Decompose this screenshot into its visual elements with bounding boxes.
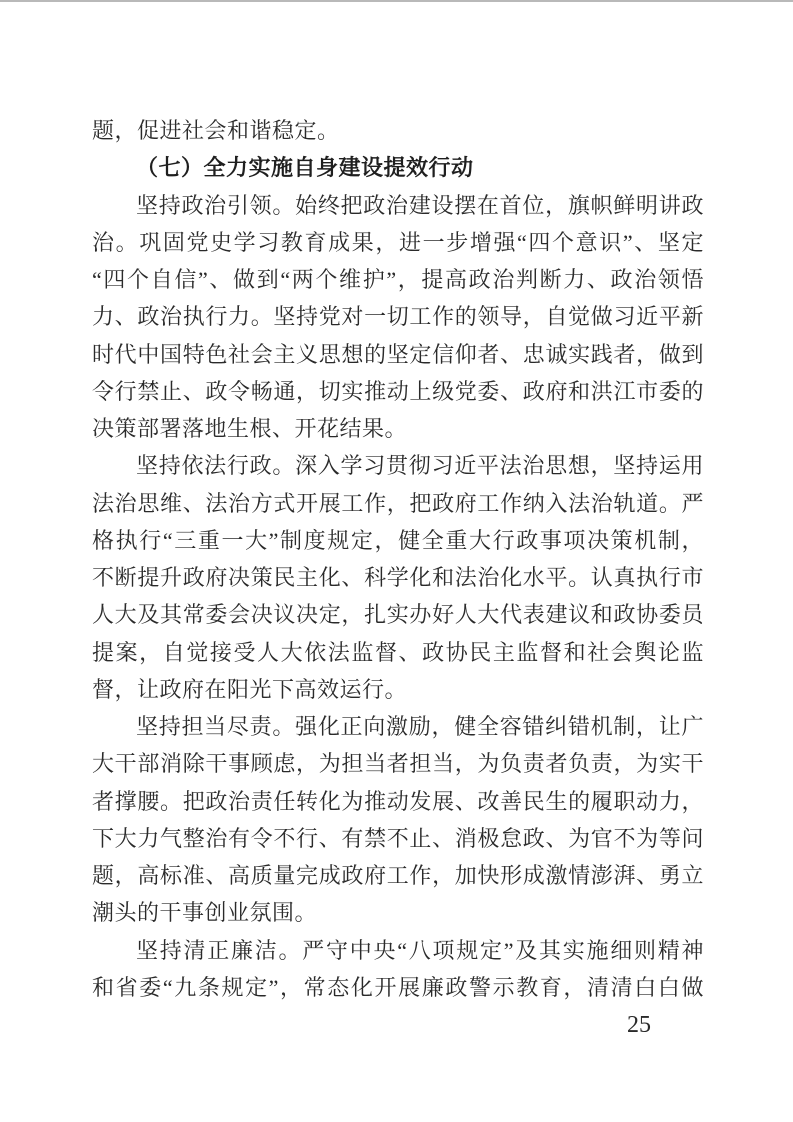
document-page: 题，促进社会和谐稳定。 （七）全力实施自身建设提效行动 坚持政治引领。始终把政治… (0, 0, 793, 1122)
section-heading: （七）全力实施自身建设提效行动 (92, 149, 704, 186)
text-line: “四个自信”、做到“两个维护”，提高政治判断力、政治领悟 (92, 261, 704, 298)
text-line: 治。巩固党史学习教育成果，进一步增强“四个意识”、坚定 (92, 224, 704, 261)
text-line: 坚持依法行政。深入学习贯彻习近平法治思想，坚持运用 (92, 447, 704, 484)
text-line: 令行禁止、政令畅通，切实推动上级党委、政府和洪江市委的 (92, 373, 704, 410)
page-text: 题，促进社会和谐稳定。 （七）全力实施自身建设提效行动 坚持政治引领。始终把政治… (92, 112, 704, 1006)
text-line: 坚持清正廉洁。严守中央“八项规定”及其实施细则精神 (92, 932, 704, 969)
text-line: 提案，自觉接受人大依法监督、政协民主监督和社会舆论监 (92, 634, 704, 671)
text-line: 题，促进社会和谐稳定。 (92, 112, 704, 149)
scan-edge-line (0, 0, 793, 2)
text-line: 者撑腰。把政治责任转化为推动发展、改善民生的履职动力， (92, 783, 704, 820)
text-line: 坚持政治引领。始终把政治建设摆在首位，旗帜鲜明讲政 (92, 187, 704, 224)
text-line: 下大力气整治有令不行、有禁不止、消极怠政、为官不为等问 (92, 820, 704, 857)
text-line: 格执行“三重一大”制度规定，健全重大行政事项决策机制， (92, 522, 704, 559)
text-line: 题，高标准、高质量完成政府工作，加快形成激情澎湃、勇立 (92, 857, 704, 894)
page-number: 25 (603, 1012, 675, 1039)
text-line: 法治思维、法治方式开展工作，把政府工作纳入法治轨道。严 (92, 485, 704, 522)
text-line: 人大及其常委会决议决定，扎实办好人大代表建议和政协委员 (92, 596, 704, 633)
text-line: 督，让政府在阳光下高效运行。 (92, 671, 704, 708)
text-line: 坚持担当尽责。强化正向激励，健全容错纠错机制，让广 (92, 708, 704, 745)
text-line: 大干部消除干事顾虑，为担当者担当，为负责者负责，为实干 (92, 745, 704, 782)
text-line: 时代中国特色社会主义思想的坚定信仰者、忠诚实践者，做到 (92, 336, 704, 373)
text-line: 不断提升政府决策民主化、科学化和法治化水平。认真执行市 (92, 559, 704, 596)
text-line: 力、政治执行力。坚持党对一切工作的领导，自觉做习近平新 (92, 298, 704, 335)
text-line: 决策部署落地生根、开花结果。 (92, 410, 704, 447)
text-line: 潮头的干事创业氛围。 (92, 894, 704, 931)
text-line: 和省委“九条规定”，常态化开展廉政警示教育，清清白白做 (92, 969, 704, 1006)
